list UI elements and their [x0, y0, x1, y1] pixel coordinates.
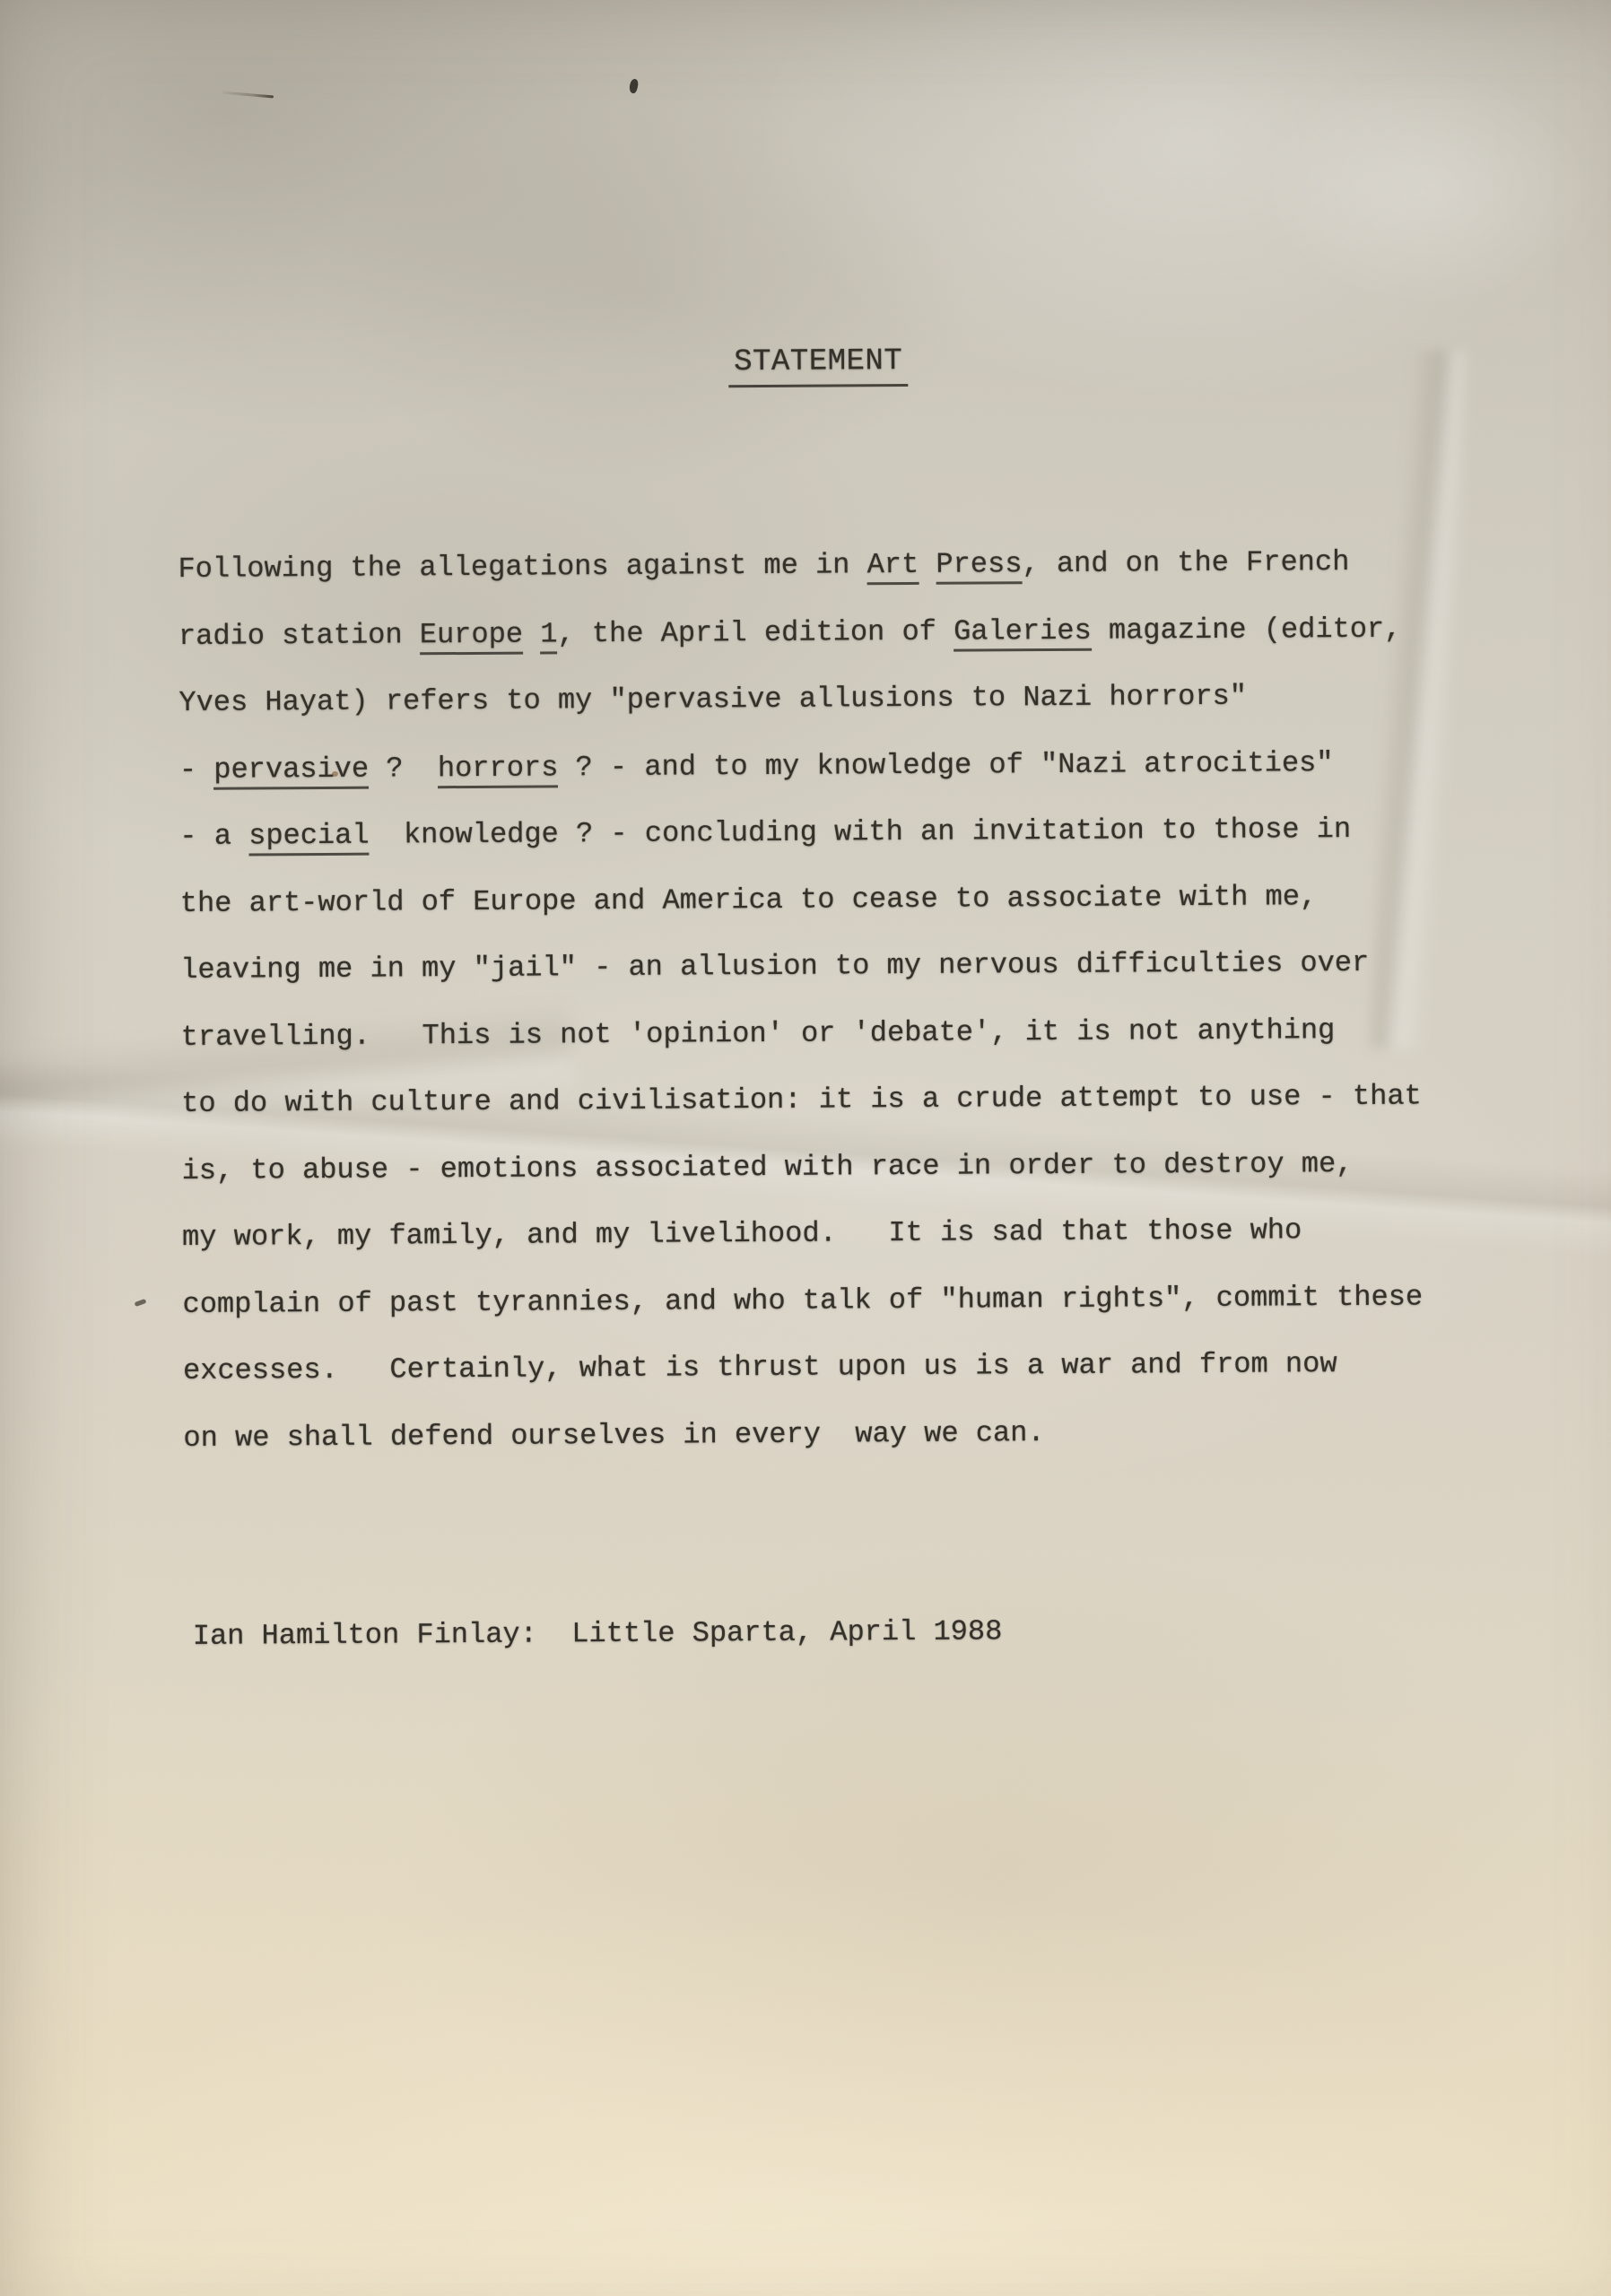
underlined-text: Art	[867, 548, 919, 585]
text-line-8: travelling. This is not 'opinion' or 'de…	[181, 996, 1422, 1071]
ink-dot-mark	[628, 78, 640, 94]
paper-highlight-top-right	[1238, 54, 1611, 323]
document-body: Following the allegations against me in …	[178, 529, 1424, 1472]
text-segment: -	[179, 752, 214, 786]
text-segment: radio station	[179, 618, 420, 653]
text-line-4: - pervasive ? horrors ? - and to my know…	[179, 729, 1420, 804]
text-line-11: my work, my family, and my livelihood. I…	[182, 1196, 1423, 1271]
underlined-text: Press	[936, 547, 1022, 585]
text-line-12: complain of past tyrannies, and who talk…	[182, 1264, 1423, 1338]
document-photo: STATEMENT Following the allegations agai…	[0, 0, 1611, 2296]
text-line-5: - a special knowledge ? - concluding wit…	[179, 796, 1420, 871]
text-segment	[919, 548, 936, 581]
text-segment: ? - and to my knowledge of "Nazi atrocit…	[558, 746, 1333, 784]
text-segment: - a	[179, 819, 248, 852]
text-segment: Following the allegations against me in	[178, 548, 866, 586]
underlined-text: pervasive	[213, 752, 369, 789]
underlined-text: Galeries	[954, 613, 1092, 651]
text-line-7: leaving me in my "jail" - an allusion to…	[180, 929, 1421, 1004]
typewritten-content: STATEMENT Following the allegations agai…	[170, 333, 1507, 1865]
text-line-14: on we shall defend ourselves in every wa…	[183, 1397, 1424, 1472]
text-line-1: Following the allegations against me in …	[178, 529, 1418, 604]
text-line-3: Yves Hayat) refers to my "pervasive allu…	[179, 663, 1419, 737]
signature-line: Ian Hamilton Finlay: Little Sparta, Apri…	[193, 1598, 1003, 1670]
text-segment: magazine (editor,	[1092, 612, 1402, 647]
pencil-stroke-mark	[222, 91, 274, 98]
document-title: STATEMENT	[728, 342, 908, 387]
margin-tick-mark	[135, 1299, 147, 1307]
text-segment: , and on the French	[1022, 545, 1349, 580]
underlined-text: Europe	[420, 617, 523, 655]
underlined-text: 1	[540, 617, 557, 654]
text-segment: knowledge ? - concluding with an invitat…	[369, 813, 1351, 852]
text-line-9: to do with culture and civilisation: it …	[181, 1063, 1422, 1137]
text-line-2: radio station Europe 1, the April editio…	[179, 596, 1419, 670]
text-line-13: excesses. Certainly, what is thrust upon…	[183, 1330, 1424, 1405]
text-segment: , the April edition of	[557, 614, 954, 650]
underlined-text: horrors	[438, 751, 559, 788]
text-segment: ?	[369, 752, 438, 785]
text-segment	[523, 617, 540, 650]
underlined-text: special	[248, 819, 370, 857]
text-line-6: the art-world of Europe and America to c…	[180, 863, 1421, 937]
text-line-10: is, to abuse - emotions associated with …	[181, 1130, 1422, 1205]
